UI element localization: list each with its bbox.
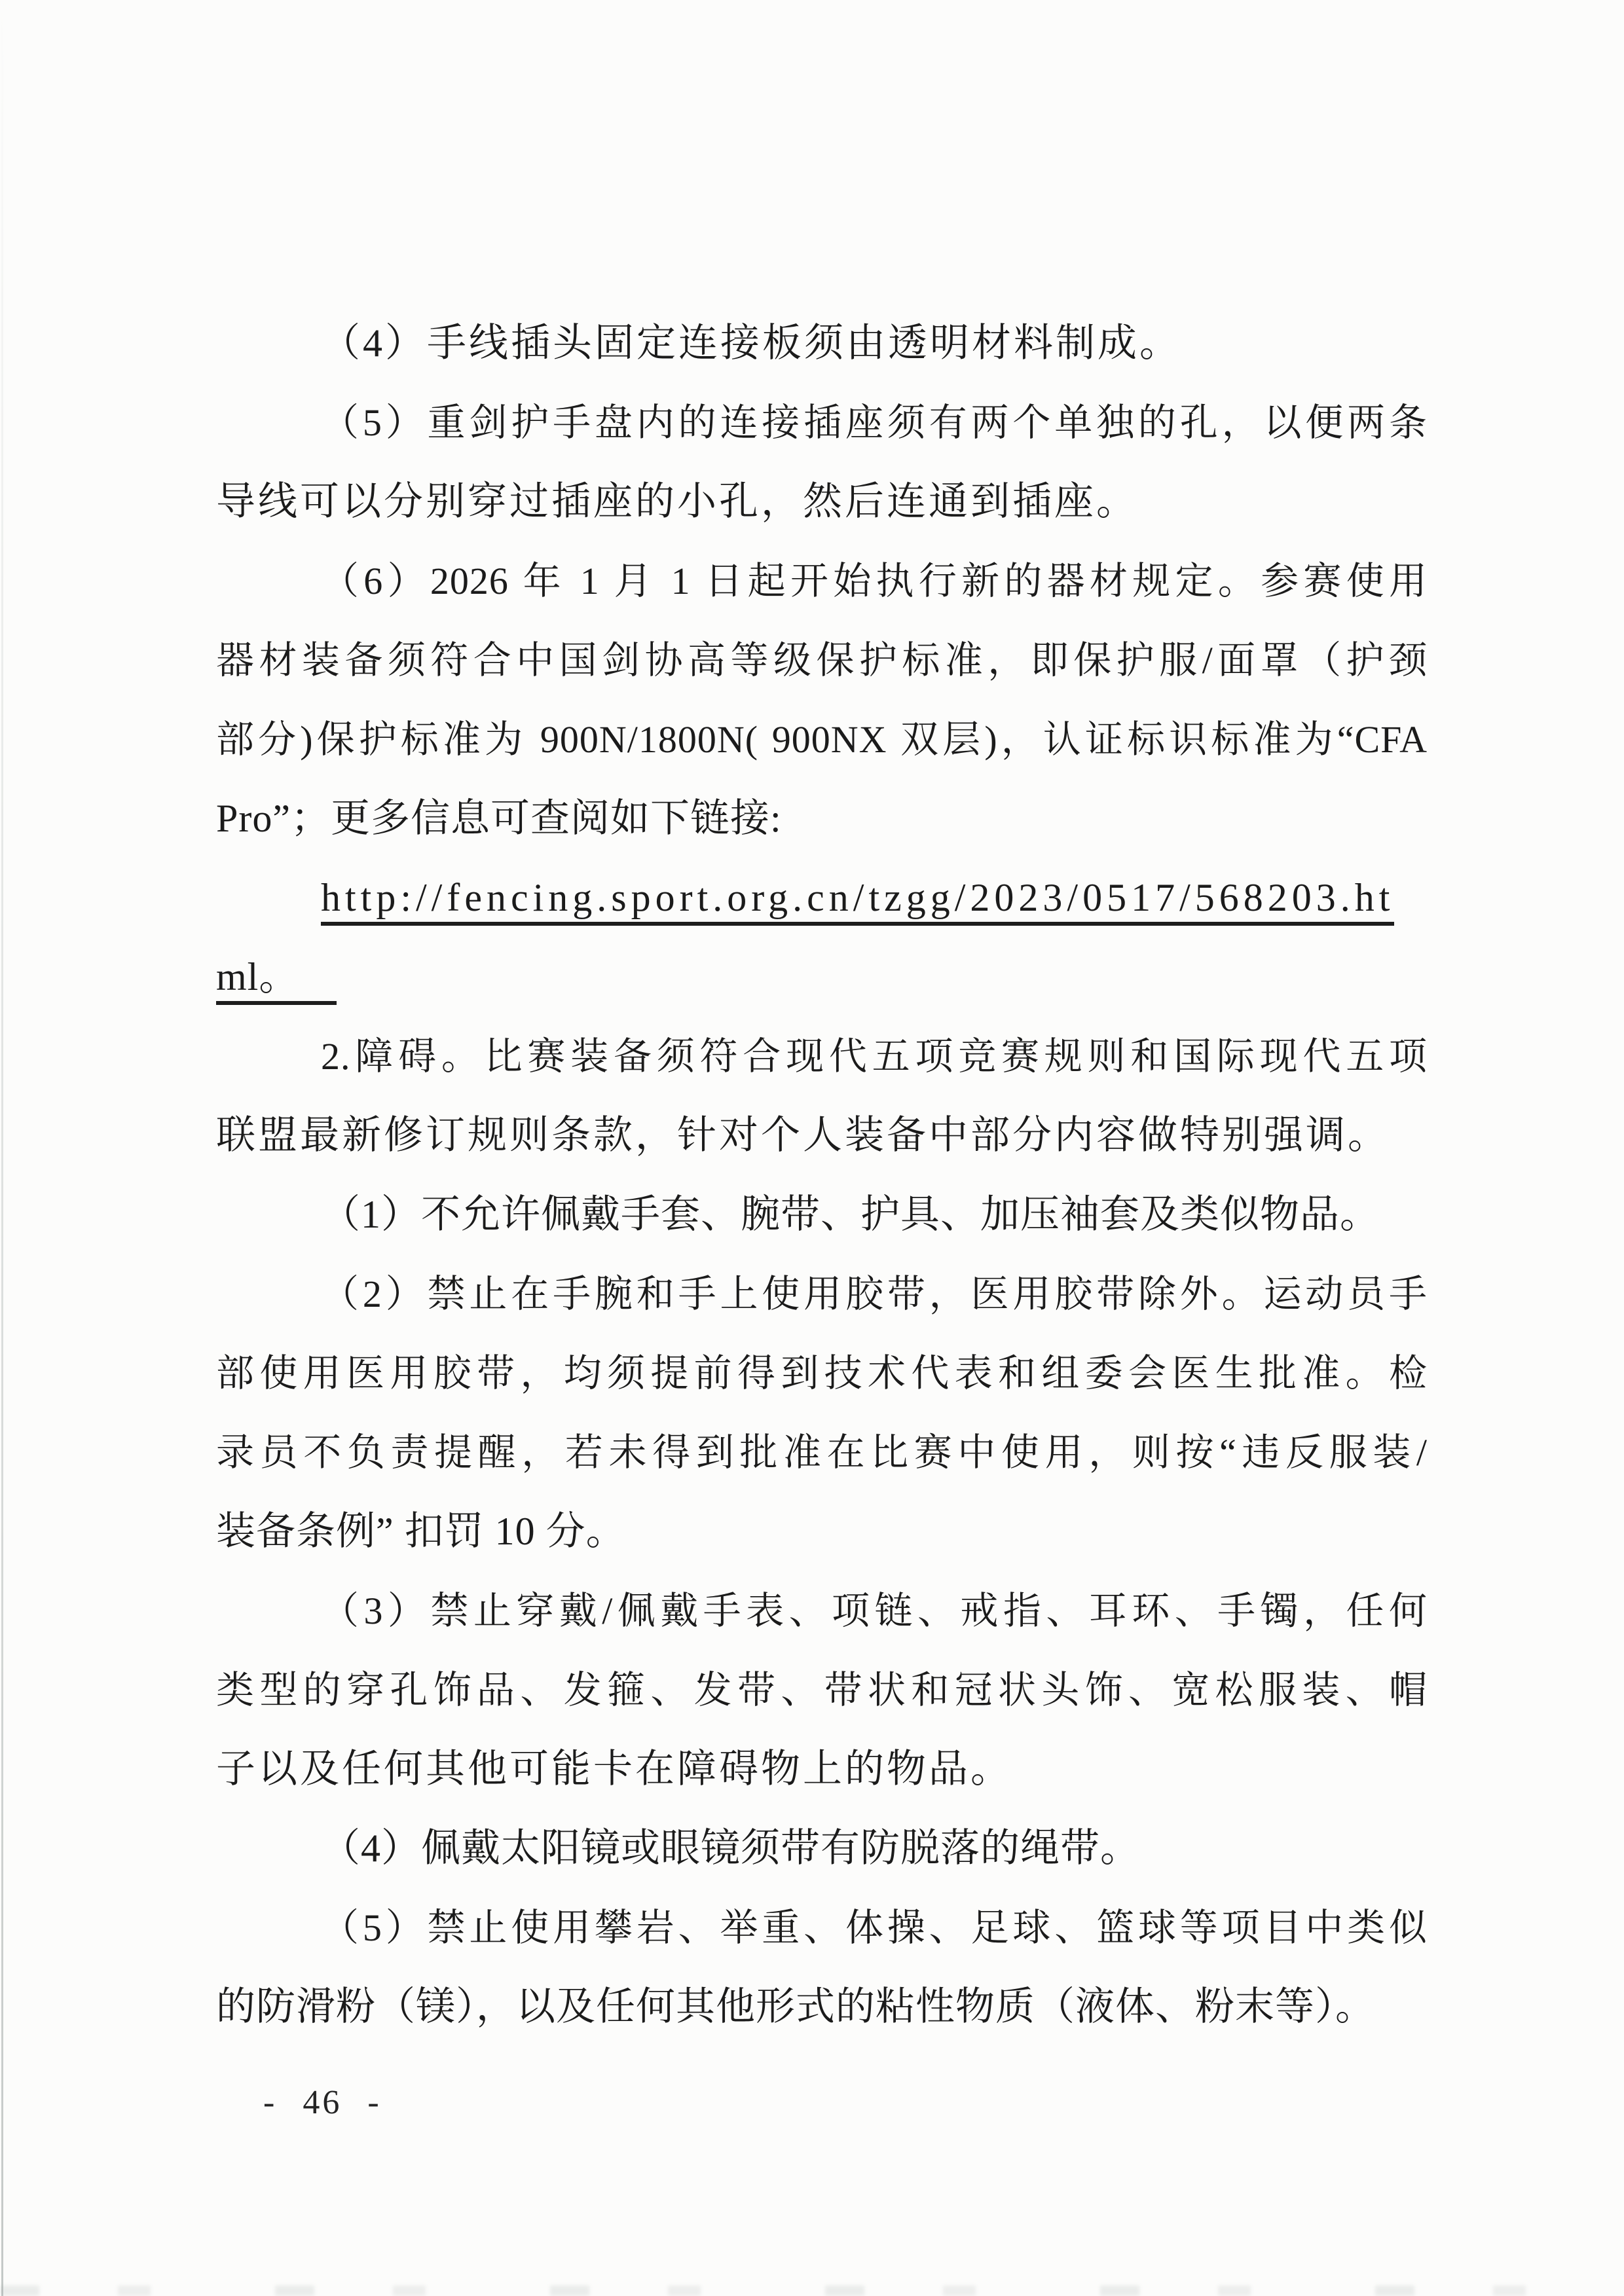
doc-line: （4）佩戴太阳镜或眼镜须带有防脱落的绳带。 bbox=[216, 1809, 1428, 1888]
doc-line: 联盟最新修订规则条款，针对个人装备中部分内容做特别强调。 bbox=[216, 1096, 1428, 1175]
doc-line: 部使用医用胶带，均须提前得到技术代表和组委会医生批准。检 bbox=[216, 1334, 1428, 1413]
page-number: - 46 - bbox=[263, 2083, 382, 2123]
doc-line: （2）禁止在手腕和手上使用胶带，医用胶带除外。运动员手 bbox=[216, 1254, 1428, 1334]
underlined-text: ml。 bbox=[216, 955, 337, 1005]
hyperlink-text: http://fencing.sport.org.cn/tzgg/2023/05… bbox=[321, 876, 1394, 926]
doc-line: （5）禁止使用攀岩、举重、体操、足球、篮球等项目中类似 bbox=[216, 1888, 1428, 1967]
doc-line: http://fencing.sport.org.cn/tzgg/2023/05… bbox=[216, 858, 1428, 938]
doc-line: 2.障碍。比赛装备须符合现代五项竞赛规则和国际现代五项 bbox=[216, 1017, 1428, 1096]
doc-line: （1）不允许佩戴手套、腕带、护具、加压袖套及类似物品。 bbox=[216, 1175, 1428, 1254]
doc-line: 的防滑粉（镁），以及任何其他形式的粘性物质（液体、粉末等）。 bbox=[216, 1967, 1428, 2047]
doc-line: 装备条例” 扣罚 10 分。 bbox=[216, 1492, 1428, 1571]
doc-line: 类型的穿孔饰品、发箍、发带、带状和冠状头饰、宽松服装、帽 bbox=[216, 1650, 1428, 1730]
doc-line: （6）2026 年 1 月 1 日起开始执行新的器材规定。参赛使用 bbox=[216, 541, 1428, 621]
doc-line: （4）手线插头固定连接板须由透明材料制成。 bbox=[216, 304, 1428, 383]
doc-line: （3）禁止穿戴/佩戴手表、项链、戒指、耳环、手镯，任何 bbox=[216, 1571, 1428, 1650]
scan-noise bbox=[0, 2286, 1624, 2296]
scanned-document-page: （4）手线插头固定连接板须由透明材料制成。（5）重剑护手盘内的连接插座须有两个单… bbox=[0, 0, 1624, 2296]
doc-line: 导线可以分别穿过插座的小孔，然后连通到插座。 bbox=[216, 462, 1428, 541]
doc-line: 录员不负责提醒，若未得到批准在比赛中使用，则按“违反服装/ bbox=[216, 1413, 1428, 1492]
doc-line: ml。 bbox=[216, 938, 1428, 1017]
doc-line: 部分)保护标准为 900N/1800N( 900NX 双层)，认证标识标准为“C… bbox=[216, 700, 1428, 779]
doc-line: Pro”；更多信息可查阅如下链接: bbox=[216, 779, 1428, 858]
scan-edge-artifact bbox=[1, 0, 3, 2296]
doc-line: （5）重剑护手盘内的连接插座须有两个单独的孔，以便两条 bbox=[216, 383, 1428, 462]
doc-line: 器材装备须符合中国剑协高等级保护标准，即保护服/面罩（护颈 bbox=[216, 621, 1428, 700]
document-text: （4）手线插头固定连接板须由透明材料制成。（5）重剑护手盘内的连接插座须有两个单… bbox=[216, 304, 1428, 2047]
doc-line: 子以及任何其他可能卡在障碍物上的物品。 bbox=[216, 1730, 1428, 1809]
